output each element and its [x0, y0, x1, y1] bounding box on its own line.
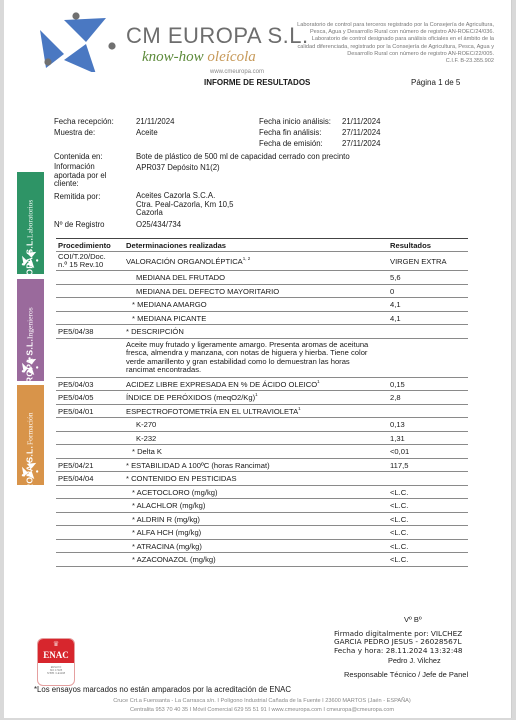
company-website: www.cmeuropa.com — [210, 69, 264, 75]
lab-info-line: Pesca, Agua y Desarrollo Rural con númer… — [244, 29, 494, 36]
footer-contact: Centralita 953 70 40 35 I Móvil Comercia… — [4, 707, 516, 713]
row-resultado: <0,01 — [390, 447, 409, 456]
table-row: PE5/04/05ÍNDICE DE PERÓXIDOS (meqO2/Kg)1… — [56, 391, 468, 405]
band-laboratorios: CM EUROPA S.L.Laboratorios — [17, 172, 44, 274]
row-resultado: VIRGEN EXTRA — [390, 257, 447, 266]
table-row: * ACETOCLORO (mg/kg)<L.C. — [56, 486, 468, 500]
row-resultado: 4,1 — [390, 314, 401, 323]
row-resultado: 4,1 — [390, 300, 401, 309]
fecha-fin-label: Fecha fin análisis: — [259, 128, 321, 138]
row-procedimiento: PE5/04/01 — [58, 407, 93, 416]
muestra-label: Muestra de: — [54, 128, 95, 138]
row-procedimiento: PE5/04/38 — [58, 327, 93, 336]
enac-label: ENAC — [38, 650, 74, 660]
row-determinacion: * Delta K — [132, 447, 162, 456]
info-cliente-value: APR037 Depósito N1(2) — [136, 163, 220, 173]
row-determinacion: MEDIANA DEL FRUTADO — [136, 273, 225, 282]
header-resultados: Resultados — [390, 241, 431, 250]
row-resultado: 117,5 — [390, 461, 408, 470]
info-cliente-label-line: cliente: — [54, 179, 79, 188]
crown-icon: ♛ — [51, 642, 61, 648]
enac-fine-line: Nº585 / LE1108 — [38, 672, 74, 675]
fecha-recepcion-label: Fecha recepción: — [54, 117, 114, 127]
fecha-inicio-label: Fecha inicio análisis: — [259, 117, 331, 127]
row-procedimiento: COI/T.20/Doc.n.º 15 Rev.10 — [58, 253, 106, 269]
header-procedimiento: Procedimiento — [58, 241, 111, 250]
lab-info-line: calidad diferenciada, registrado por la … — [244, 44, 494, 51]
remitida-value: Aceites Cazorla S.C.A. Ctra. Peal-Cazorl… — [136, 192, 234, 218]
fecha-inicio-value: 21/11/2024 — [342, 117, 380, 127]
triangles-logo-icon — [34, 10, 124, 72]
footer-address: Cruce Crt.a Fuensanta - La Carrasca s/n.… — [4, 698, 516, 704]
muestra-value: Aceite — [136, 128, 158, 138]
row-determinacion: MEDIANA DEL DEFECTO MAYORITARIO — [136, 287, 279, 296]
row-resultado: <L.C. — [390, 555, 408, 564]
band-ingenieros: CM EUROPA S.L.Ingenieros — [17, 279, 44, 381]
triangles-logo-icon — [21, 461, 40, 480]
page-indicator: Página 1 de 5 — [411, 78, 460, 87]
table-row: PE5/04/21* ESTABILIDAD A 100ºC (horas Ra… — [56, 459, 468, 473]
row-resultado: <L.C. — [390, 501, 408, 510]
triangles-logo-icon — [21, 357, 40, 376]
table-row: K-2321,31 — [56, 432, 468, 446]
band-division: Laboratorios — [26, 200, 35, 238]
table-row: MEDIANA DEL DEFECTO MAYORITARIO0 — [56, 285, 468, 299]
triangles-logo-icon — [21, 250, 40, 269]
row-resultado: 0 — [390, 287, 394, 296]
company-tagline: know-how oleícola — [142, 49, 256, 66]
row-resultado: <L.C. — [390, 542, 408, 551]
table-row: PE5/04/04* CONTENIDO EN PESTICIDAS — [56, 472, 468, 486]
row-determinacion: ÍNDICE DE PERÓXIDOS (meqO2/Kg)1 — [126, 393, 258, 402]
row-resultado: <L.C. — [390, 515, 408, 524]
lab-info-line: Laboratorio de control designado para an… — [244, 36, 494, 43]
row-determinacion: VALORACIÓN ORGANOLÉPTICA1, 2 — [126, 257, 250, 266]
signature-line: Fecha y hora: 28.11.2024 13:32:48 — [334, 647, 463, 655]
table-row: * ALACHLOR (mg/kg)<L.C. — [56, 499, 468, 513]
table-row: MEDIANA DEL FRUTADO5,6 — [56, 271, 468, 285]
header-determinaciones: Determinaciones realizadas — [126, 241, 226, 250]
band-company-name: CM EUROPA S.L. — [25, 446, 35, 519]
fecha-recepcion-value: 21/11/2024 — [136, 117, 174, 127]
row-determinacion: * ESTABILIDAD A 100ºC (horas Rancimat) — [126, 461, 270, 470]
row-resultado: 1,31 — [390, 434, 405, 443]
fecha-fin-value: 27/11/2024 — [342, 128, 380, 138]
row-procedimiento: PE5/04/05 — [58, 393, 93, 402]
band-division: Ingenieros — [26, 307, 35, 339]
row-resultado: 0,13 — [390, 420, 405, 429]
lab-info-line: Desarrollo Rural con número de registro … — [244, 51, 494, 58]
table-row: PE5/04/01ESPECTROFOTOMETRÍA EN EL ULTRAV… — [56, 405, 468, 419]
row-determinacion: * MEDIANA PICANTE — [132, 314, 206, 323]
row-resultado: <L.C. — [390, 528, 408, 537]
row-determinacion: ESPECTROFOTOMETRÍA EN EL ULTRAVIOLETA1 — [126, 407, 301, 416]
enac-fine-print: ENSAYO ISO 17025 Nº585 / LE1108 — [38, 666, 74, 676]
table-row: * MEDIANA AMARGO4,1 — [56, 298, 468, 312]
info-cliente-label: Información aportada por el cliente: — [54, 163, 106, 189]
row-procedimiento: PE5/04/03 — [58, 380, 93, 389]
lab-registration-info: Laboratorio de control para terceros reg… — [244, 22, 494, 65]
digital-signature: Firmado digitalmente por: VILCHEZ GARCIA… — [334, 630, 463, 655]
table-row: * ALFA HCH (mg/kg)<L.C. — [56, 526, 468, 540]
row-determinacion: * MEDIANA AMARGO — [132, 300, 207, 309]
row-determinacion: ACIDEZ LIBRE EXPRESADA EN % DE ÁCIDO OLE… — [126, 380, 320, 389]
table-row: Aceite muy frutado y ligeramente amargo.… — [56, 339, 468, 378]
row-determinacion: * CONTENIDO EN PESTICIDAS — [126, 474, 237, 483]
table-header: Procedimiento Determinaciones realizadas… — [56, 239, 468, 252]
fecha-emision-label: Fecha de emisión: — [259, 139, 323, 149]
tagline-knowhow: know-how — [142, 49, 207, 65]
row-determinacion: K-232 — [136, 434, 156, 443]
band-formacion: CM EUROPA S.L.Formación — [17, 385, 44, 485]
row-determinacion: * DESCRIPCIÓN — [126, 327, 184, 336]
row-description: Aceite muy frutado y ligeramente amargo.… — [126, 341, 376, 375]
row-resultado: <L.C. — [390, 488, 408, 497]
report-title: INFORME DE RESULTADOS — [204, 78, 310, 87]
company-logo: CM EUROPA S.L. know-how oleícola www.cme… — [34, 10, 274, 72]
lab-info-line: Laboratorio de control para terceros reg… — [244, 22, 494, 29]
row-resultado: 0,15 — [390, 380, 405, 389]
results-table: Procedimiento Determinaciones realizadas… — [56, 238, 468, 567]
enac-footnote: *Los ensayos marcados no están amparados… — [34, 685, 291, 694]
contenida-label: Contenida en: — [54, 152, 103, 162]
remitente-city: Cazorla — [136, 208, 163, 217]
row-procedimiento: PE5/04/04 — [58, 474, 93, 483]
report-page: CM EUROPA S.L. know-how oleícola www.cme… — [4, 0, 512, 718]
table-row: * ATRACINA (mg/kg)<L.C. — [56, 540, 468, 554]
table-row: * ALDRIN R (mg/kg)<L.C. — [56, 513, 468, 527]
row-determinacion: * AZACONAZOL (mg/kg) — [132, 555, 216, 564]
row-determinacion: K-270 — [136, 420, 156, 429]
table-row: COI/T.20/Doc.n.º 15 Rev.10VALORACIÓN ORG… — [56, 252, 468, 271]
row-determinacion: * ALFA HCH (mg/kg) — [132, 528, 201, 537]
table-row: * AZACONAZOL (mg/kg)<L.C. — [56, 553, 468, 567]
row-procedimiento: PE5/04/21 — [58, 461, 93, 470]
row-resultado: 2,8 — [390, 393, 401, 402]
table-row: PE5/04/03 ACIDEZ LIBRE EXPRESADA EN % DE… — [56, 378, 468, 392]
registro-value: O25/434/734 — [136, 220, 181, 230]
row-resultado: 5,6 — [390, 273, 401, 282]
remitida-label: Remitida por: — [54, 192, 100, 202]
table-row: * Delta K<0,01 — [56, 445, 468, 459]
table-row: * MEDIANA PICANTE4,1 — [56, 312, 468, 326]
row-determinacion: * ALDRIN R (mg/kg) — [132, 515, 200, 524]
enac-accreditation-badge: ♛ ENAC ENSAYO ISO 17025 Nº585 / LE1108 — [37, 638, 75, 686]
signer-name: Pedro J. Vilchez — [388, 656, 441, 665]
table-row: PE5/04/38* DESCRIPCIÓN — [56, 325, 468, 339]
visto-bueno: Vº Bº — [404, 615, 422, 624]
registro-label: Nº de Registro — [54, 220, 105, 230]
signer-role: Responsable Técnico / Jefe de Panel — [344, 670, 468, 679]
row-determinacion: * ALACHLOR (mg/kg) — [132, 501, 205, 510]
band-division: Formación — [26, 413, 35, 446]
fecha-emision-value: 27/11/2024 — [342, 139, 380, 149]
contenida-value: Bote de plástico de 500 ml de capacidad … — [136, 152, 350, 162]
row-determinacion: * ACETOCLORO (mg/kg) — [132, 488, 218, 497]
table-row: K-2700,13 — [56, 418, 468, 432]
row-determinacion: * ATRACINA (mg/kg) — [132, 542, 202, 551]
lab-info-line: C.I.F. B-23.355.902 — [244, 58, 494, 65]
